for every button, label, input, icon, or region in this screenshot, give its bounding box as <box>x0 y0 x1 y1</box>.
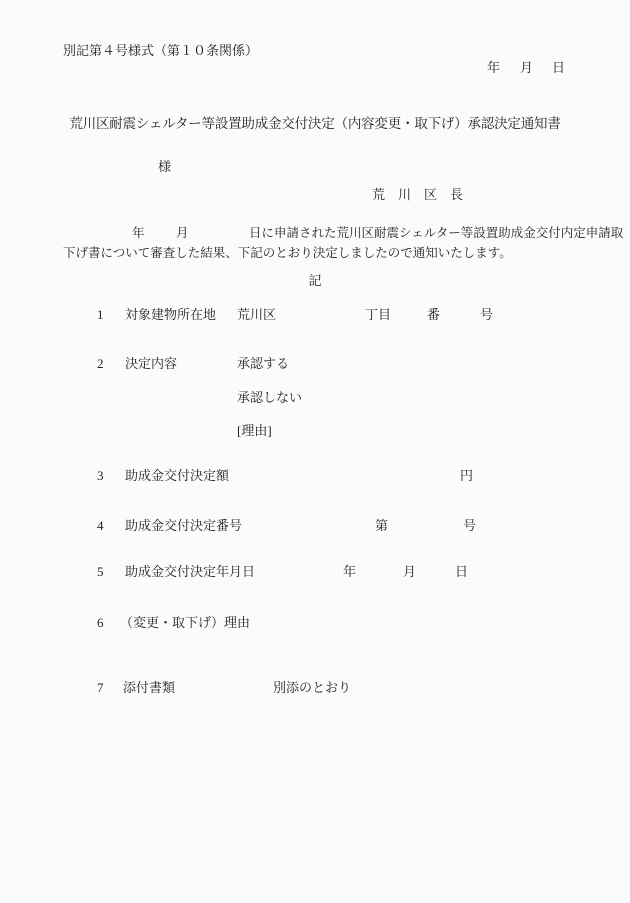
item-5-year-label: 年 <box>343 565 356 580</box>
header-date-month-label: 月 <box>520 61 533 76</box>
item-4-number: 4 <box>97 519 104 534</box>
item-4-suffix-label: 号 <box>463 519 476 534</box>
item-1-ban-label: 番 <box>427 308 440 323</box>
addressee-honorific: 様 <box>158 160 171 175</box>
item-6-number: 6 <box>97 616 104 631</box>
item-2-option-reject: 承認しない <box>237 391 302 406</box>
item-4-prefix-label: 第 <box>375 519 388 534</box>
item-3-unit-label: 円 <box>460 469 473 484</box>
body-date-month-label: 月 <box>176 226 189 240</box>
item-3-label: 助成金交付決定額 <box>125 469 229 484</box>
header-date-day-label: 日 <box>552 61 565 76</box>
item-2-reason-bracket: [理由] <box>237 424 272 439</box>
sender-name: 荒 川 区 長 <box>372 188 463 203</box>
item-1-label: 対象建物所在地 <box>125 308 216 323</box>
item-2-number: 2 <box>97 357 104 372</box>
header-date-year-label: 年 <box>487 61 500 76</box>
item-6-label: （変更・取下げ）理由 <box>120 616 250 631</box>
page-title: 荒川区耐震シェルター等設置助成金交付決定（内容変更・取下げ）承認決定通知書 <box>0 116 630 132</box>
item-1-ward: 荒川区 <box>237 308 276 323</box>
item-4-label: 助成金交付決定番号 <box>125 519 242 534</box>
body-line1: 日に申請された荒川区耐震シェルター等設置助成金交付内定申請取 <box>249 226 623 240</box>
item-5-number: 5 <box>97 565 104 580</box>
item-2-option-approve: 承認する <box>237 357 289 372</box>
form-id: 別記第４号様式（第１０条関係） <box>63 44 258 59</box>
body-date-year-label: 年 <box>132 226 145 240</box>
item-7-label: 添付書類 <box>123 681 175 696</box>
item-1-go-label: 号 <box>480 308 493 323</box>
item-7-value: 別添のとおり <box>273 681 351 696</box>
item-5-label: 助成金交付決定年月日 <box>125 565 255 580</box>
item-5-day-label: 日 <box>455 565 468 580</box>
body-line2: 下げ書について審査した結果、下記のとおり決定しましたので通知いたします。 <box>63 246 512 260</box>
item-2-label: 決定内容 <box>125 357 177 372</box>
record-heading: 記 <box>0 274 630 289</box>
item-3-number: 3 <box>97 469 104 484</box>
item-1-chome-label: 丁目 <box>365 308 391 323</box>
item-7-number: 7 <box>97 681 104 696</box>
item-1-number: 1 <box>97 308 104 323</box>
document-page: 別記第４号様式（第１０条関係） 年 月 日 荒川区耐震シェルター等設置助成金交付… <box>0 0 630 903</box>
item-5-month-label: 月 <box>403 565 416 580</box>
